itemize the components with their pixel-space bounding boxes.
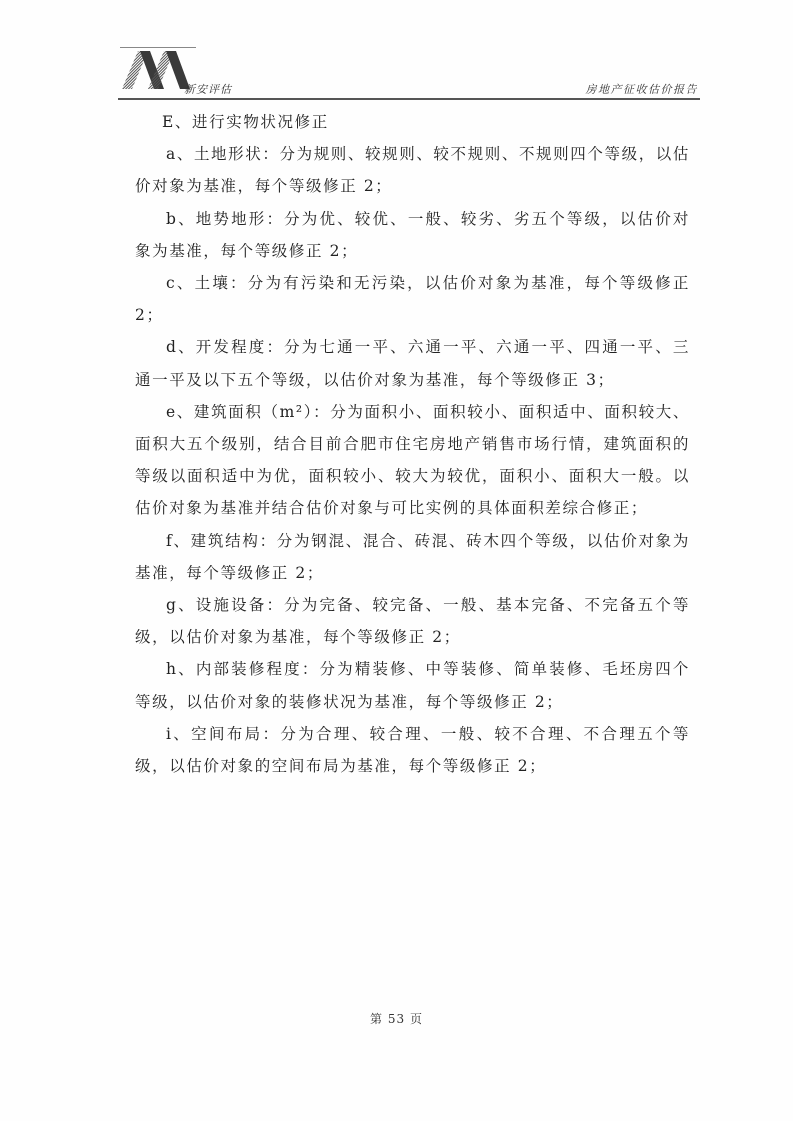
- brand-name: 新安评估: [184, 81, 232, 97]
- section-title: E、进行实物状况修正: [162, 106, 690, 138]
- item-building-area: e、建筑面积（m²）：分为面积小、面积较小、面积适中、面积较大、面积大五个级别，…: [135, 396, 690, 525]
- item-facilities: g、设施设备：分为完备、较完备、一般、基本完备、不完备五个等级，以估价对象为基准…: [135, 589, 690, 653]
- report-title: 房地产征收估价报告: [586, 81, 699, 97]
- header-divider: [118, 98, 700, 100]
- page-number: 第 53 页: [0, 1010, 793, 1027]
- item-space-layout: i、空间布局：分为合理、较合理、一般、较不合理、不合理五个等级，以估价对象的空间…: [135, 718, 690, 782]
- item-terrain: b、地势地形：分为优、较优、一般、较劣、劣五个等级，以估价对象为基准，每个等级修…: [135, 203, 690, 267]
- item-soil: c、土壤：分为有污染和无污染，以估价对象为基准，每个等级修正 2；: [135, 267, 690, 331]
- logo-top-line: [120, 47, 196, 48]
- item-building-structure: f、建筑结构：分为钢混、混合、砖混、砖木四个等级，以估价对象为基准，每个等级修正…: [135, 525, 690, 589]
- item-development-degree: d、开发程度：分为七通一平、六通一平、六通一平、四通一平、三通一平及以下五个等级…: [135, 331, 690, 395]
- page-header: 新安评估 房地产征收估价报告: [118, 45, 700, 101]
- item-interior-decoration: h、内部装修程度：分为精装修、中等装修、简单装修、毛坯房四个等级，以估价对象的装…: [135, 653, 690, 717]
- item-land-shape: a、土地形状：分为规则、较规则、较不规则、不规则四个等级，以估价对象为基准，每个…: [135, 138, 690, 202]
- document-body: E、进行实物状况修正 a、土地形状：分为规则、较规则、较不规则、不规则四个等级，…: [135, 106, 690, 782]
- document-page: 新安评估 房地产征收估价报告 E、进行实物状况修正 a、土地形状：分为规则、较规…: [0, 0, 793, 1121]
